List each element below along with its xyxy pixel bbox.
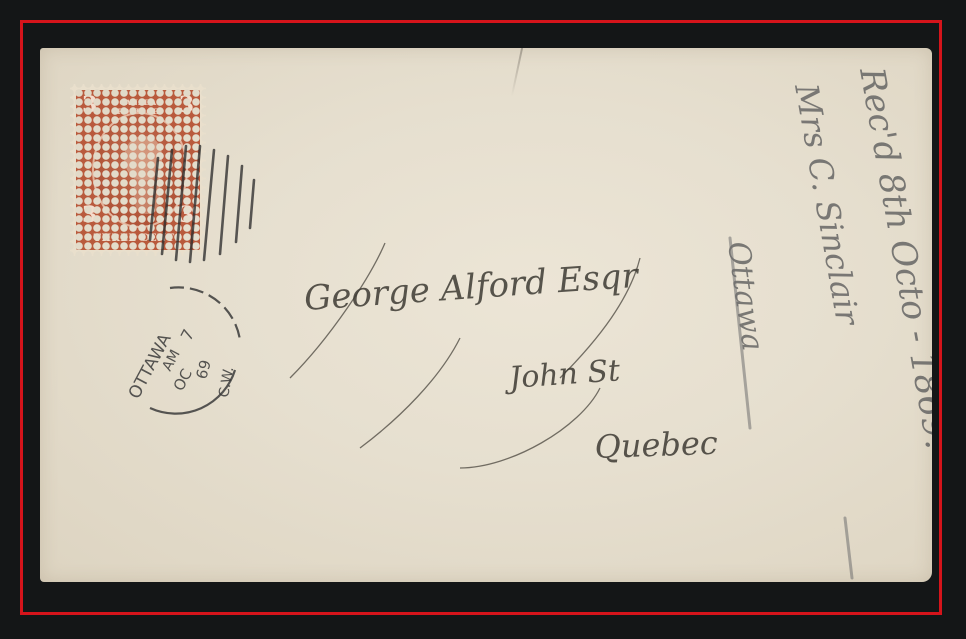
grid-cancel-mark — [128, 136, 268, 266]
docket-line-1: Rec'd 8th Octo - 1869. — [851, 64, 932, 452]
address-line-3: Quebec — [594, 424, 718, 466]
postmark-year: 69 — [192, 358, 214, 381]
stamp-denomination: 3 — [179, 94, 194, 116]
postmark-region: C.W. — [216, 365, 237, 398]
address-line-1: George Alford Esqr — [303, 256, 641, 319]
docket-line-2: Mrs C. Sinclair — [787, 80, 867, 329]
envelope: CANADA POSTAGE 3 3 3 3 THREE CENTS — [40, 48, 932, 582]
stamp-denomination: 3 — [82, 94, 97, 116]
paper-crease — [511, 48, 523, 96]
stamp-denomination: 3 — [82, 204, 97, 226]
docket-line-3: Ottawa — [720, 239, 770, 353]
postmark-day: 7 — [177, 326, 199, 344]
address-line-2: John St — [502, 353, 622, 396]
ottawa-postmark: OTTAWA AM OC 7 69 C.W. — [110, 280, 250, 420]
